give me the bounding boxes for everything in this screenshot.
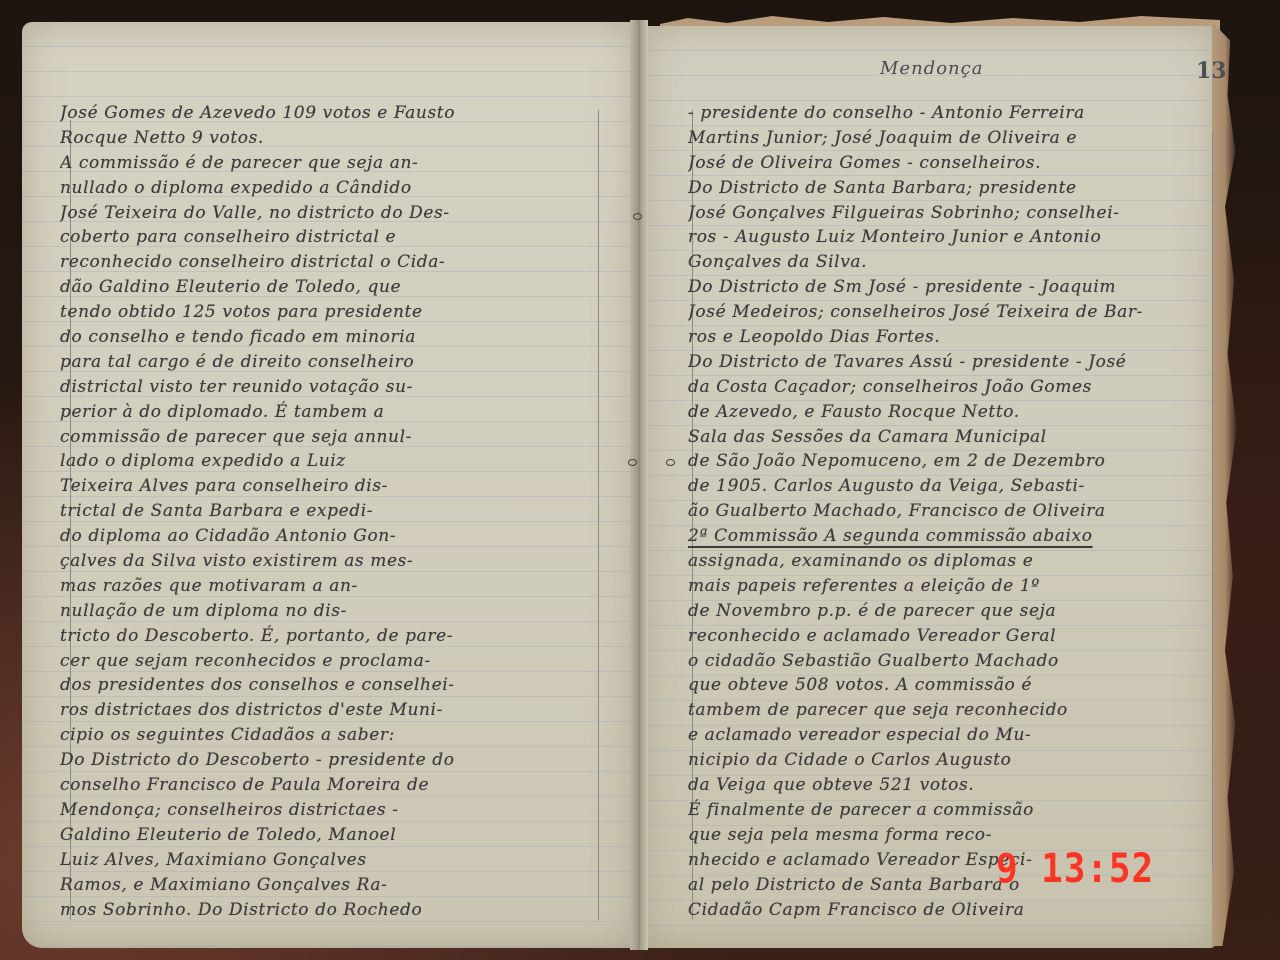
handwritten-line: Do Districto de Santa Barbara; president…	[688, 176, 1218, 201]
handwritten-line: lado o diploma expedido a Luiz	[60, 449, 605, 474]
handwritten-line: Galdino Eleuterio de Toledo, Manoel	[60, 823, 605, 848]
handwritten-line: José Teixeira do Valle, no districto do …	[60, 201, 605, 226]
page-number: 13	[1196, 58, 1227, 84]
handwritten-line: mais papeis referentes a eleição de 1º	[688, 574, 1218, 599]
handwritten-line: o cidadão Sebastião Gualberto Machado	[688, 649, 1218, 674]
handwritten-line: de 1905. Carlos Augusto da Veiga, Sebast…	[688, 474, 1218, 499]
handwritten-line: dos presidentes dos conselhos e conselhe…	[60, 673, 605, 698]
handwritten-line: José Medeiros; conselheiros José Teixeir…	[688, 300, 1218, 325]
handwritten-line: de Azevedo, e Fausto Rocque Netto.	[688, 400, 1218, 425]
handwritten-line: nullação de um diploma no dis-	[60, 599, 605, 624]
handwritten-line: José Gonçalves Filgueiras Sobrinho; cons…	[688, 201, 1218, 226]
handwritten-line: mas razões que motivaram a an-	[60, 574, 605, 599]
handwritten-line: Mendonça; conselheiros districtaes -	[60, 798, 605, 823]
handwritten-line: tricto do Descoberto. É, portanto, de pa…	[60, 624, 605, 649]
handwritten-line: da Costa Caçador; conselheiros João Gome…	[688, 375, 1218, 400]
right-page-text: - presidente do conselho - Antonio Ferre…	[688, 101, 1218, 922]
handwritten-line: A commissão é de parecer que seja an-	[60, 151, 605, 176]
handwritten-line: Gonçalves da Silva.	[688, 250, 1218, 275]
camera-timestamp: 9 13:52	[996, 846, 1154, 892]
handwritten-line: assignada, examinando os diplomas e	[688, 549, 1218, 574]
handwritten-line: nullado o diploma expedido a Cândido	[60, 176, 605, 201]
handwritten-line: Do Districto de Sm José - presidente - J…	[688, 275, 1218, 300]
handwritten-line: Do Districto do Descoberto - presidente …	[60, 748, 605, 773]
handwritten-line: dão Galdino Eleuterio de Toledo, que	[60, 275, 605, 300]
handwritten-line: de Novembro p.p. é de parecer que seja	[688, 599, 1218, 624]
handwritten-line: Cidadão Capm Francisco de Oliveira	[688, 898, 1218, 923]
handwritten-line: reconhecido e aclamado Vereador Geral	[688, 624, 1218, 649]
handwritten-line: cipio os seguintes Cidadãos a saber:	[60, 723, 605, 748]
handwritten-line: trictal de Santa Barbara e expedi-	[60, 499, 605, 524]
handwritten-line: e aclamado vereador especial do Mu-	[688, 723, 1218, 748]
handwritten-line: do diploma ao Cidadão Antonio Gon-	[60, 524, 605, 549]
handwritten-line: tambem de parecer que seja reconhecido	[688, 698, 1218, 723]
handwritten-line: commissão de parecer que seja annul-	[60, 425, 605, 450]
handwritten-line: ros e Leopoldo Dias Fortes.	[688, 325, 1218, 350]
handwritten-line: ros - Augusto Luiz Monteiro Junior e Ant…	[688, 225, 1218, 250]
handwritten-line: Rocque Netto 9 votos.	[60, 126, 605, 151]
handwritten-line: do conselho e tendo ficado em minoria	[60, 325, 605, 350]
handwritten-line: nicipio da Cidade o Carlos Augusto	[688, 748, 1218, 773]
handwritten-line: É finalmente de parecer a commissão	[688, 798, 1218, 823]
handwritten-line: ão Gualberto Machado, Francisco de Olive…	[688, 499, 1218, 524]
handwritten-line: da Veiga que obteve 521 votos.	[688, 773, 1218, 798]
handwritten-line: de São João Nepomuceno, em 2 de Dezembro	[688, 449, 1218, 474]
left-page-text: José Gomes de Azevedo 109 votos e Fausto…	[60, 101, 605, 922]
handwritten-line: conselho Francisco de Paula Moreira de	[60, 773, 605, 798]
binding-hole-icon	[666, 459, 675, 466]
handwritten-line: Ramos, e Maximiano Gonçalves Ra-	[60, 873, 605, 898]
handwritten-line: para tal cargo é de direito conselheiro	[60, 350, 605, 375]
handwritten-line: Teixeira Alves para conselheiro dis-	[60, 474, 605, 499]
handwritten-line: tendo obtido 125 votos para presidente	[60, 300, 605, 325]
handwritten-line: que seja pela mesma forma reco-	[688, 823, 1218, 848]
handwritten-line: mos Sobrinho. Do Districto do Rochedo	[60, 898, 605, 923]
handwritten-line: reconhecido conselheiro districtal o Cid…	[60, 250, 605, 275]
handwritten-line: çalves da Silva visto existirem as mes-	[60, 549, 605, 574]
handwritten-line: coberto para conselheiro districtal e	[60, 225, 605, 250]
handwritten-line: José Gomes de Azevedo 109 votos e Fausto	[60, 101, 605, 126]
handwritten-line: districtal visto ter reunido votação su-	[60, 375, 605, 400]
handwritten-line: Sala das Sessões da Camara Municipal	[688, 425, 1218, 450]
handwritten-line: que obteve 508 votos. A commissão é	[688, 673, 1218, 698]
book-gutter	[630, 20, 648, 950]
handwritten-line: José de Oliveira Gomes - conselheiros.	[688, 151, 1218, 176]
handwritten-line: Do Districto de Tavares Assú - president…	[688, 350, 1218, 375]
running-head: Mendonça	[880, 58, 983, 79]
handwritten-line: cer que sejam reconhecidos e proclama-	[60, 649, 605, 674]
handwritten-line: Martins Junior; José Joaquim de Oliveira…	[688, 126, 1218, 151]
handwritten-line: ros districtaes dos districtos d'este Mu…	[60, 698, 605, 723]
handwritten-line: Luiz Alves, Maximiano Gonçalves	[60, 848, 605, 873]
binding-hole-icon	[628, 459, 637, 466]
handwritten-line: 2ª Commissão A segunda commissão abaixo	[688, 524, 1218, 549]
binding-hole-icon	[633, 213, 642, 220]
handwritten-line: - presidente do conselho - Antonio Ferre…	[688, 101, 1218, 126]
handwritten-line: perior à do diplomado. É tambem a	[60, 400, 605, 425]
